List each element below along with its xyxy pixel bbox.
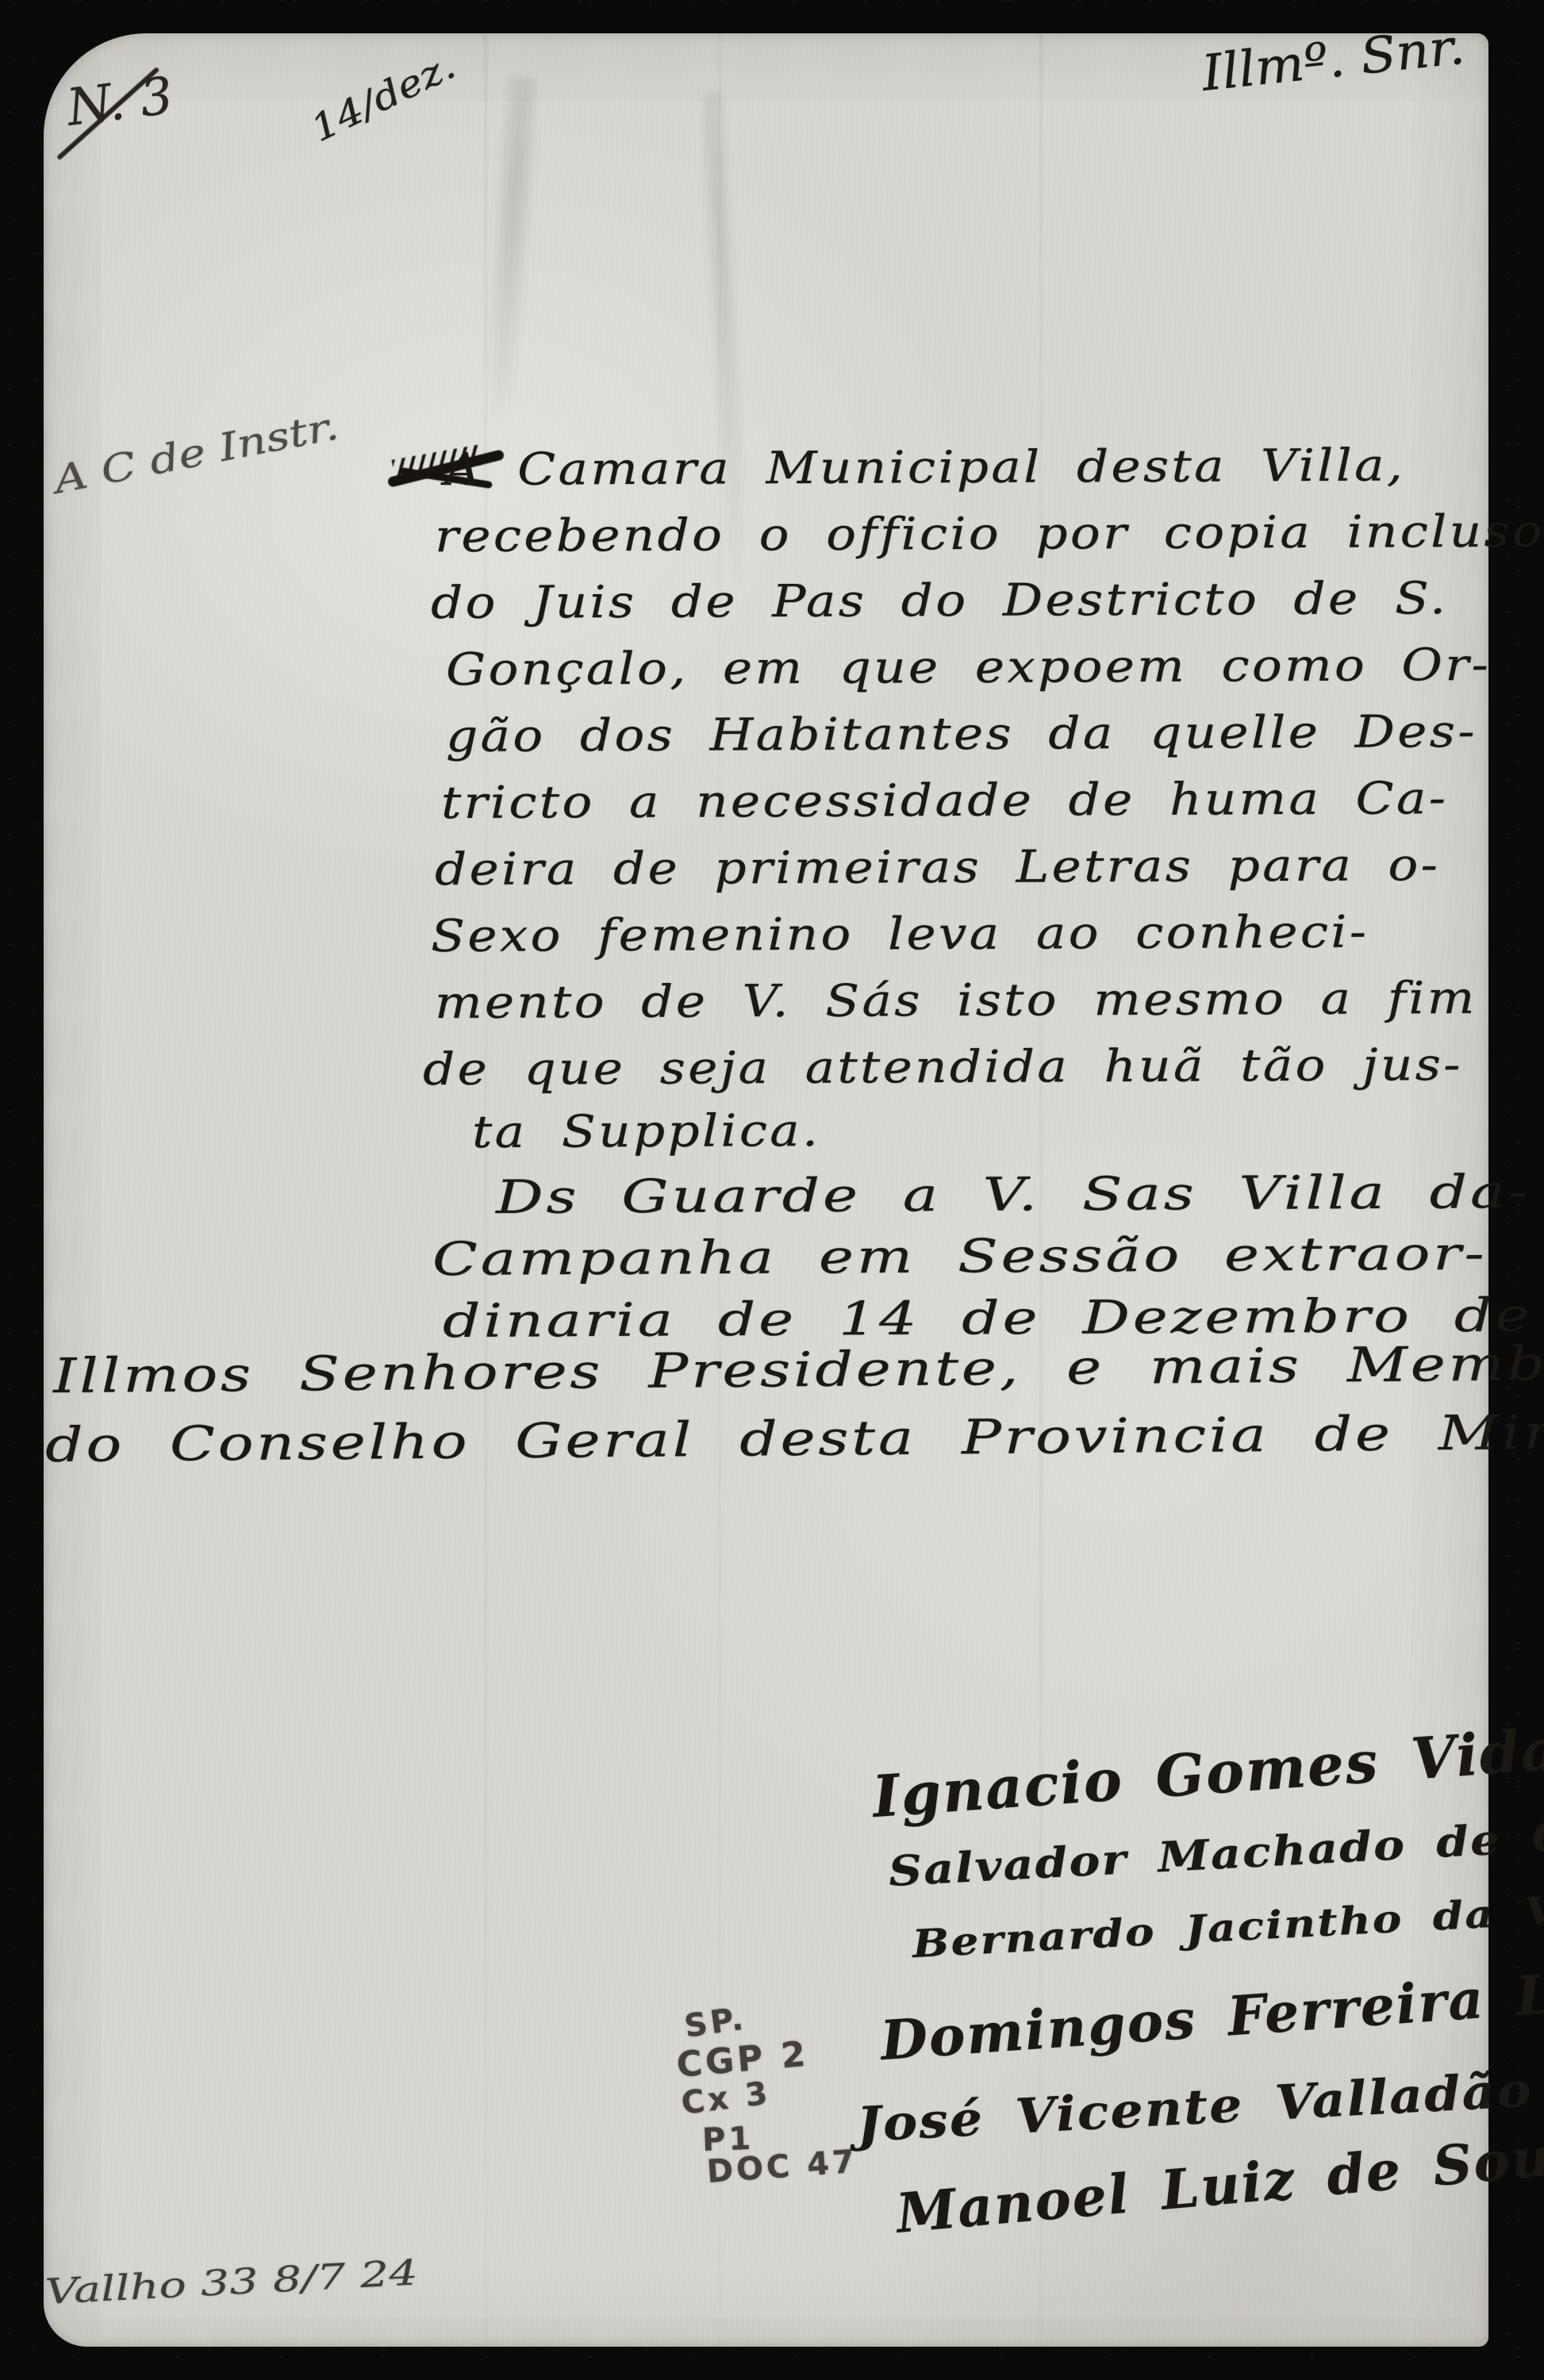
body-line: deira de primeiras Letras para o- [435,843,1440,892]
archive-code-line: DOC 47 [706,2146,858,2188]
body-line: de que seja attendida huã tão jus- [423,1043,1463,1092]
address-line: do Conselho Geral desta Provincia de Min… [45,1408,1544,1469]
closing-line: Ds Guarde a V. Sas Villa da- [496,1169,1532,1220]
closing-line: dinaria de 14 de Dezembro de 1833 [443,1291,1544,1344]
address-line: Illmos Senhores Presidente, e mais Membr… [53,1339,1544,1400]
archive-code-line: CGP 2 [675,2037,810,2083]
body-line: recebendo o officio por copia incluso [435,509,1544,559]
margin-note: A C de Instr. [51,407,341,500]
body-line: Gonçalo, em que expoem como Or- [446,643,1491,693]
salutation: Illmº. Snr. [1200,21,1467,98]
closing-line: Campanha em Sessão extraor- [432,1230,1488,1282]
smudge [480,76,542,419]
body-line: do Juis de Pas do Destricto de S. [431,577,1449,626]
archive-code-line: SP. [682,2002,748,2042]
body-line: Sexo femenino leva ao conheci- [431,910,1369,959]
body-line: A Camara Municipal desta Villa, [444,443,1405,493]
corner-number-annotation: N. 3 [64,71,175,134]
signature: Salvador Machado de Oliv.ᵃ [888,1810,1544,1893]
archive-code-line: Cx 3 [680,2077,773,2119]
signature: Bernardo Jacintho da Veiga [912,1886,1544,1963]
signature: Ignacio Gomes Vidaes [870,1715,1544,1825]
bottom-pencil-note: Vallho 33 8/7 24 [44,2255,419,2310]
body-line: mento de V. Sás isto mesmo a fim [435,977,1477,1026]
signature: Domingos Ferreira Lopes [879,1957,1544,2068]
date-received-annotation: 14/dez. [305,47,460,148]
body-line: tricto a necessidade de huma Ca- [441,777,1449,826]
body-line: ta Supplica. [472,1109,821,1155]
document-page: N. 3 14/dez. Illmº. Snr. A C de Instr. A… [44,33,1488,2347]
body-line: gão dos Habitantes da quelle Des- [446,710,1477,759]
